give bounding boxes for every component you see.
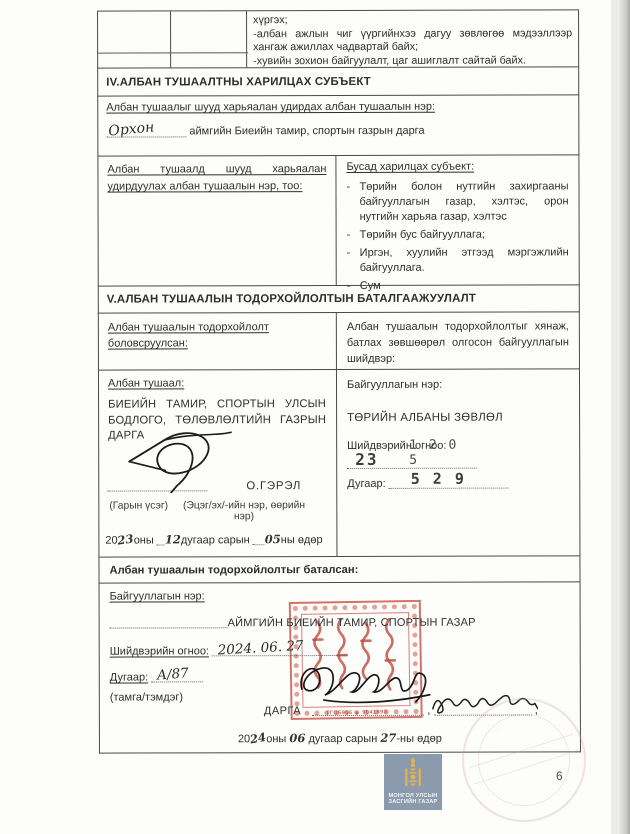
signature-caption: (Гарын үсэг) (109, 500, 168, 522)
developed-by-label: Албан тушаалын тодорхойлолт боловсруулса… (108, 319, 293, 351)
requirements-cell: хүргэх; -албан ажлын чиг үүргийнхээ дагу… (247, 10, 578, 67)
scan-shadow-right-inner (611, 0, 617, 834)
scan-shadow-right (615, 0, 630, 834)
handwritten-month: 06 (289, 731, 305, 745)
name-caption: (Эцэг/эх/-ийн нэр, өөрийн нэр) (178, 500, 310, 522)
date-word: дугаар сарын (181, 534, 250, 546)
section4-header: IV.АЛБАН ТУШААЛТНЫ ХАРИЛЦАХ СУБЪЕКТ (97, 67, 579, 96)
handwriting-slot: Орхон (106, 123, 186, 137)
decision-date-line: Шийдвэрийн огноо: 231 2 0 5 (347, 439, 579, 470)
direct-manager-text: аймгийн Биеийн тамир, спортын газрын дар… (189, 125, 424, 138)
empty-cell-2 (171, 11, 247, 67)
review-decision-cell: Албан тушаалын тодорхойлолтыг хянаж, бат… (337, 312, 579, 369)
list-item: -Төрийн болон нутгийн захиргааны байгуул… (346, 179, 568, 225)
date-word: ны өдөр (281, 534, 323, 546)
page-number: 6 (556, 769, 563, 783)
empty-cell-1 (98, 11, 171, 67)
approval-header: Албан тушаалын тодорхойлолтыг баталсан: (98, 556, 580, 583)
list-item: -Төрийн бус байгууллага; (347, 227, 569, 243)
decision-number-label: Дугаар: (347, 478, 385, 490)
handwritten-year: 24 (249, 730, 267, 747)
date-word: -ны өдөр (396, 733, 442, 745)
approval-org-line: АЙМГИЙН БИЕИЙН ТАМИР, СПОРТЫН ГАЗАР (110, 615, 476, 630)
developed-by-cell: Албан тушаалын тодорхойлолт боловсруулса… (99, 313, 337, 370)
logo-text-line2: ЗАСГИЙН ГАЗАР (389, 799, 438, 806)
handwritten-day: 27 (380, 731, 396, 745)
table-row-requirements: хүргэх; -албан ажлын чиг үүргийнхээ дагу… (97, 10, 579, 68)
approval-number-dotted: А/87 (151, 665, 203, 682)
handwritten-month: 12 (165, 532, 181, 546)
date-word: оны (266, 733, 286, 745)
other-subjects-cell: Бусад харилцах субъект: -Төрийн болон ну… (336, 155, 578, 285)
approval-number-label: Дугаар: (110, 672, 148, 684)
approval-date-label: Шийдвэрийн огноо: (110, 645, 209, 657)
faint-round-stamp-icon: · · · (462, 698, 586, 822)
dash-marker: - (347, 246, 360, 276)
signature-row: Албан тушаал: БИЕИЙН ТАМИР, СПОРТЫН УЛСЫ… (98, 369, 580, 557)
position-cell: Албан тушаал: БИЕИЙН ТАМИР, СПОРТЫН УЛСЫ… (99, 370, 337, 557)
government-logo: МОНГОЛ УЛСЫН ЗАСГИЙН ГАЗАР (384, 754, 442, 810)
org-dotted (110, 615, 228, 628)
developed-date-line: 2023оны 12дугаар сарын 05ны өдөр (105, 532, 322, 547)
decision-number-dotted: 5 2 9 (389, 472, 509, 489)
stamped-date-2: 1 2 0 5 (409, 438, 477, 468)
relations-row: Албан тушаалд шууд харьяалан удирдуулах … (97, 155, 579, 286)
stamped-number: 5 2 9 (411, 470, 466, 488)
requirement-line: -хувийн зохион байгуулалт, цаг ашиглалт … (253, 54, 572, 68)
review-label: Албан тушаалын тодорхойлолтыг хянаж, бат… (347, 320, 569, 365)
stamped-date-1: 23 (355, 450, 378, 469)
handwritten-province: Орхон (108, 120, 155, 140)
org-name-label: Байгууллагын нэр: (347, 379, 442, 391)
subordinates-label: Албан тушаалд шууд харьяалан удирдуулах … (107, 161, 326, 196)
direct-manager-label: Албан тушаалыг шууд харьяалан удирдах ал… (106, 100, 570, 113)
approval-org-name: АЙМГИЙН БИЕИЙН ТАМИР, СПОРТЫН ГАЗАР (228, 617, 476, 630)
job-description-table: хүргэх; -албан ажлын чиг үүргийнхээ дагу… (97, 9, 581, 753)
date-word: дугаар сарын (308, 733, 377, 745)
position-label: Албан тушаал: (108, 377, 184, 389)
list-item: -Иргэн, хуулийн этгээд мэргэжлийн байгуу… (347, 245, 569, 276)
dotted-gap (253, 532, 265, 545)
section5-header: V.АЛБАН ТУШААЛЫН ТОДОРХОЙЛОЛТЫН БАТАЛГАА… (98, 285, 580, 313)
certification-labels-row: Албан тушаалын тодорхойлолт боловсруулса… (98, 312, 580, 370)
signature-captions: (Гарын үсэг) (Эцэг/эх/-ийн нэр, өөрийн н… (109, 500, 329, 523)
gerel-signature-icon (121, 425, 233, 493)
org-decision-cell: Байгууллагын нэр: ТӨРИЙН АЛБАНЫ ЗӨВЛӨЛ Ш… (337, 369, 579, 556)
seal-note: (тамга/тэмдэг) (110, 691, 183, 703)
director-signature-icon (296, 649, 438, 707)
date-century: 20 (105, 535, 117, 547)
subordinates-cell: Албан тушаалд шууд харьяалан удирдуулах … (98, 156, 336, 286)
approval-number-line: Дугаар: А/87 (110, 665, 203, 683)
other-subjects-label: Бусад харилцах субъект: (346, 160, 568, 173)
approval-org-label: Байгууллагын нэр: (110, 590, 205, 602)
requirement-line: хүргэх; (253, 13, 572, 27)
signer-name: О.ГЭРЭЛ (246, 480, 301, 492)
dash-marker: - (347, 228, 360, 243)
handwritten-year: 23 (117, 531, 135, 547)
handwritten-approval-date: 2024. 06. 27 (218, 638, 305, 659)
decision-date-dotted: 231 2 0 5 (347, 452, 477, 469)
org-name: ТӨРИЙН АЛБАНЫ ЗӨВЛӨЛ (347, 412, 503, 424)
decision-number-line: Дугаар: 5 2 9 (347, 472, 508, 490)
handwritten-approval-number: А/87 (157, 665, 190, 683)
direct-manager-row: Албан тушаалыг шууд харьяалан удирдах ал… (97, 95, 579, 156)
soyombo-icon (403, 757, 423, 789)
approval-date-bottom-line: 2024оны 06 дугаар сарын 27-ны өдөр (238, 731, 442, 746)
dash-marker: - (346, 180, 359, 225)
handwritten-day: 05 (265, 532, 281, 546)
date-word: оны (134, 534, 154, 546)
requirement-line: -албан ажлын чиг үүргийнхээ дагуу зөвлөг… (253, 27, 572, 55)
